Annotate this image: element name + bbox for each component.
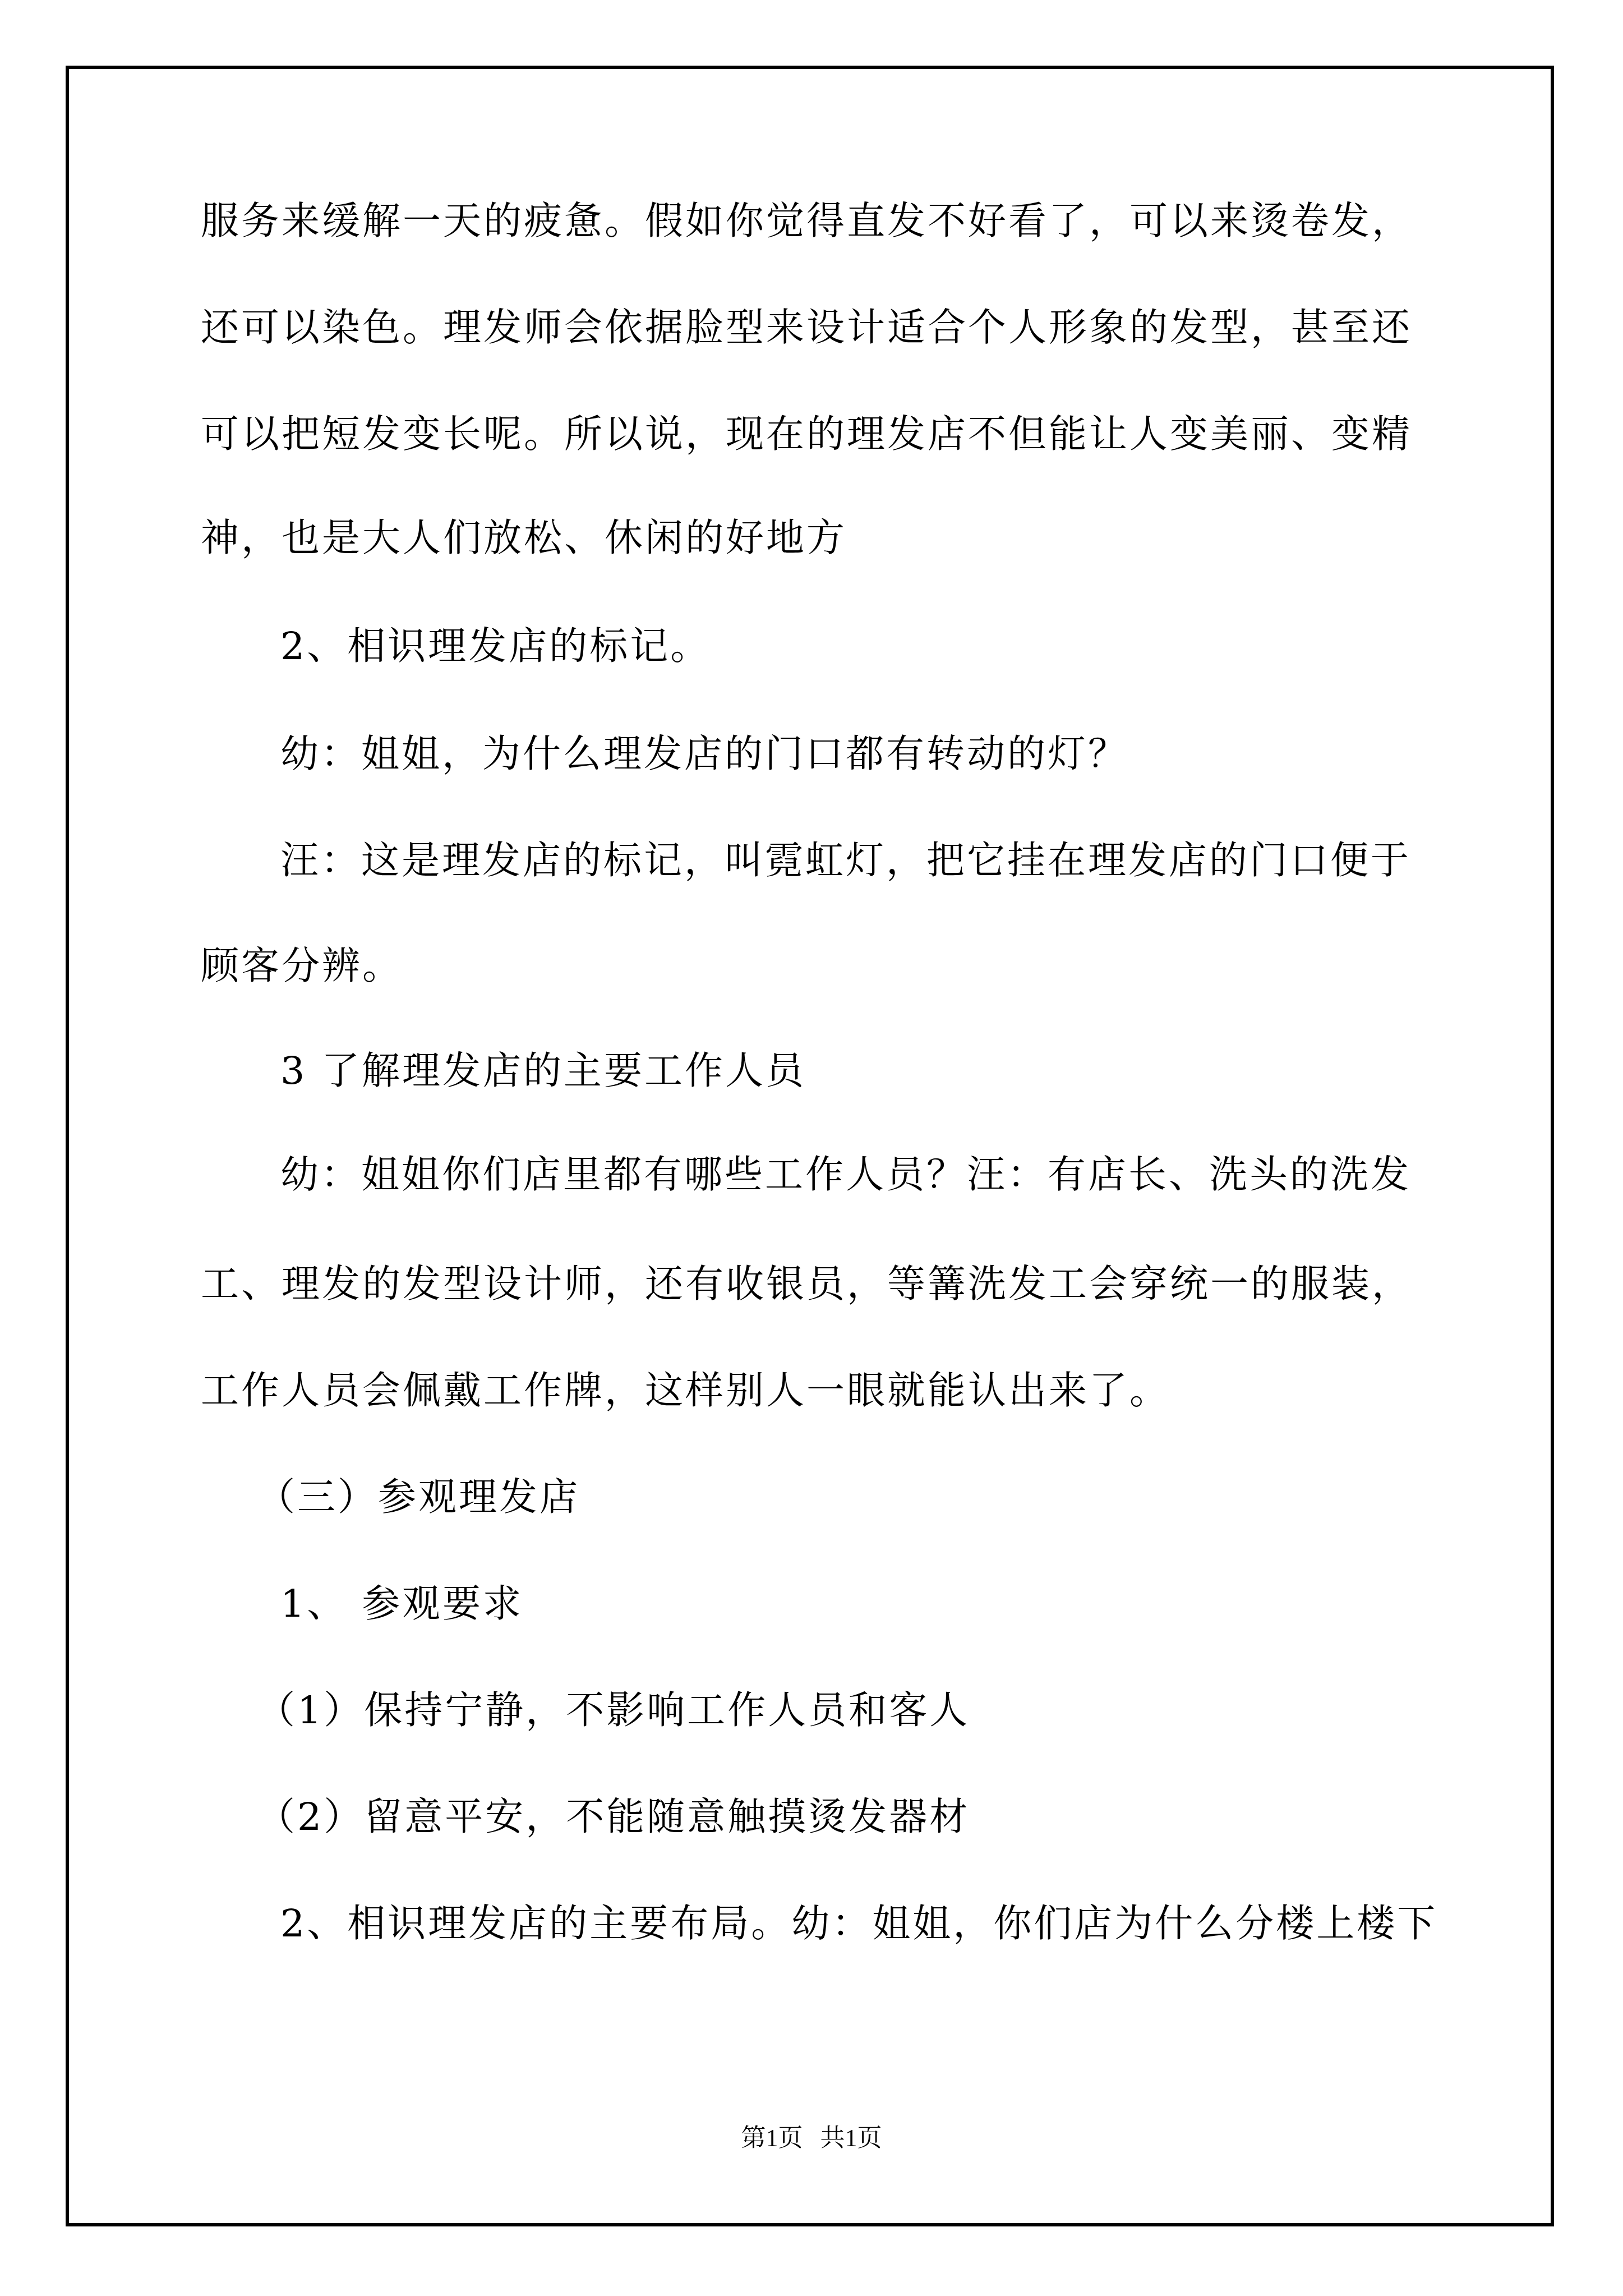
list-item: （2）留意平安，不能随意触摸烫发器材 [257,1789,970,1846]
page-number: 第1页 [741,2124,803,2152]
text-line: 顾客分辨。 [201,938,403,995]
text-line: 2、相识理发店的主要布局。幼：姐姐，你们店为什么分楼上楼下 [280,1896,1437,1952]
dialogue-line: 幼：姐姐，为什么理发店的门口都有转动的灯？ [280,726,1128,783]
section-heading: 1、 参观要求 [280,1576,523,1632]
section-heading: （三）参观理发店 [257,1470,580,1526]
section-heading: 3 了解理发店的主要工作人员 [280,1043,806,1099]
text-line: 可以把短发变长呢。所以说，现在的理发店不但能让人变美丽、变精 [201,407,1412,463]
text-line: 还可以染色。理发师会依据脸型来设计适合个人形象的发型，甚至还 [201,300,1412,356]
section-heading: 2、相识理发店的标记。 [280,619,711,675]
list-item: （1）保持宁静，不影响工作人员和客人 [257,1683,970,1739]
page-total: 共1页 [820,2124,882,2152]
page-footer: 第1页 共1页 [0,2122,1623,2155]
text-line: 工作人员会佩戴工作牌，这样别人一眼就能认出来了。 [201,1363,1170,1419]
text-line: 工、理发的发型设计师，还有收银员，等篝洗发工会穿统一的服装， [201,1257,1412,1313]
dialogue-line: 汪：这是理发店的标记，叫霓虹灯，把它挂在理发店的门口便于 [280,833,1411,889]
text-line: 服务来缓解一天的疲惫。假如你觉得直发不好看了，可以来烫卷发， [201,194,1412,250]
dialogue-line: 幼：姐姐你们店里都有哪些工作人员？汪：有店长、洗头的洗发 [280,1147,1411,1203]
text-line: 神，也是大人们放松、休闲的好地方 [201,510,847,567]
